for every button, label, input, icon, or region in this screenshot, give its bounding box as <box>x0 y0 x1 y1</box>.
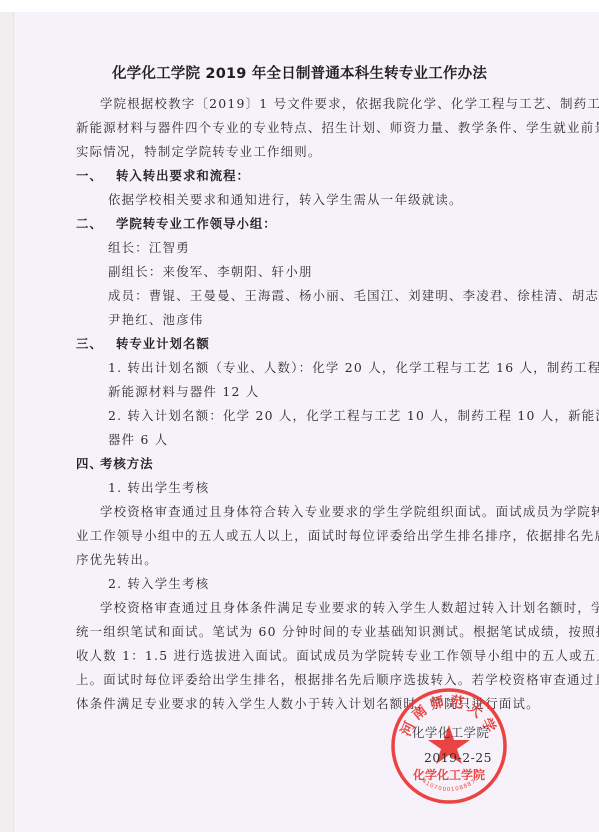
signature-date: 2019-2-25 <box>424 750 492 765</box>
section-heading-3: 三、转专业计划名额 <box>76 334 210 352</box>
section-number: 三、 <box>76 334 116 352</box>
paragraph-line: 收人数 1：1.5 进行选拔进入面试。面试成员为学院转专业工作领导小组中的五人或… <box>76 646 599 664</box>
paragraph-line: 上。面试时每位评委给出学生排名，根据排名先后顺序选拔转入。若学校资格审查通过且身 <box>76 670 599 688</box>
document-title: 化学化工学院 2019 年全日制普通本科生转专业工作办法 <box>0 62 599 83</box>
subsection-title: 1. 转出学生考核 <box>108 478 209 496</box>
section-title: 考核方法 <box>100 456 154 471</box>
section-number: 四、 <box>76 454 100 472</box>
intro-line: 学院根据校教字〔2019〕1 号文件要求，依据我院化学、化学工程与工艺、制药工程… <box>100 94 599 112</box>
page-edge <box>0 12 14 832</box>
signature-organization: 化学化工学院 <box>412 723 489 741</box>
section-heading-4: 四、考核方法 <box>76 454 154 472</box>
members-line: 尹艳红、池彦伟 <box>108 310 203 328</box>
quota-line: 2. 转入计划名额：化学 20 人，化学工程与工艺 10 人，制药工程 10 人… <box>108 406 599 424</box>
paragraph-line: 学校资格审查通过且身体条件满足专业要求的转入学生人数超过转入计划名额时，学院 <box>100 598 599 616</box>
members-line: 成员：曹锟、王曼曼、王海霞、杨小丽、毛国江、刘建明、李凌君、徐桂清、胡志国、 <box>108 286 599 304</box>
section-title: 学院转专业工作领导小组： <box>116 216 277 231</box>
official-seal-icon: 河南师范大学 化学化工学院 4107000108887 <box>388 685 510 807</box>
quota-line: 1. 转出计划名额（专业、人数）：化学 20 人，化学工程与工艺 16 人，制药… <box>108 358 599 376</box>
paragraph-line: 学校资格审查通过且身体符合转入专业要求的学生学院组织面试。面试成员为学院转专 <box>100 502 599 520</box>
section-title: 转专业计划名额 <box>116 336 210 351</box>
section-number: 二、 <box>76 214 116 232</box>
leader-line: 组长：江智勇 <box>108 238 190 256</box>
intro-line: 实际情况，特制定学院转专业工作细则。 <box>76 142 322 160</box>
section-heading-2: 二、学院转专业工作领导小组： <box>76 214 277 232</box>
section-line: 依据学校相关要求和通知进行，转入学生需从一年级就读。 <box>108 190 463 208</box>
paragraph-line: 序优先转出。 <box>76 550 158 568</box>
paragraph-line: 统一组织笔试和面试。笔试为 60 分钟时间的专业基础知识测试。根据笔试成绩，按照… <box>76 622 599 640</box>
intro-line: 新能源材料与器件四个专业的专业特点、招生计划、师资力量、教学条件、学生就业前景等 <box>76 118 599 136</box>
deputy-leader-line: 副组长：来俊军、李朝阳、轩小朋 <box>108 262 313 280</box>
section-heading-1: 一、转入转出要求和流程： <box>76 166 250 184</box>
section-title: 转入转出要求和流程： <box>116 168 250 183</box>
subsection-title: 2. 转入学生考核 <box>108 574 209 592</box>
quota-line: 新能源材料与器件 12 人 <box>108 382 259 400</box>
paragraph-line: 业工作领导小组中的五人或五人以上，面试时每位评委给出学生排名排序，依据排名先后顺 <box>76 526 599 544</box>
section-number: 一、 <box>76 166 116 184</box>
quota-line: 器件 6 人 <box>108 430 168 448</box>
